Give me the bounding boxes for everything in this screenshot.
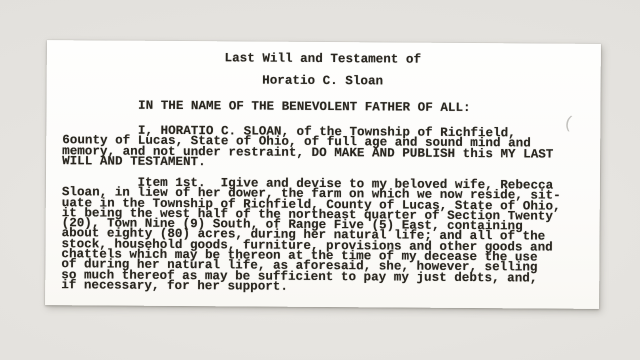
document-title-line-2: Horatio C. Sloan (63, 74, 583, 88)
salutation-line: IN THE NAME OF THE BENEVOLENT FATHER OF … (62, 100, 582, 114)
paragraph-preamble: I, HORATIO C. SLOAN, of the Township of … (62, 125, 582, 170)
scanned-page: Last Will and Testament of Horatio C. Sl… (45, 40, 601, 309)
document-text-area: Last Will and Testament of Horatio C. Sl… (45, 40, 601, 309)
scan-background: Last Will and Testament of Horatio C. Sl… (0, 0, 640, 360)
paragraph-item-1st: Item 1st. Igive and devise to my beloved… (61, 177, 582, 294)
document-title-line-1: Last Will and Testament of (63, 52, 583, 66)
scan-smudge-mark: ( (563, 119, 575, 131)
